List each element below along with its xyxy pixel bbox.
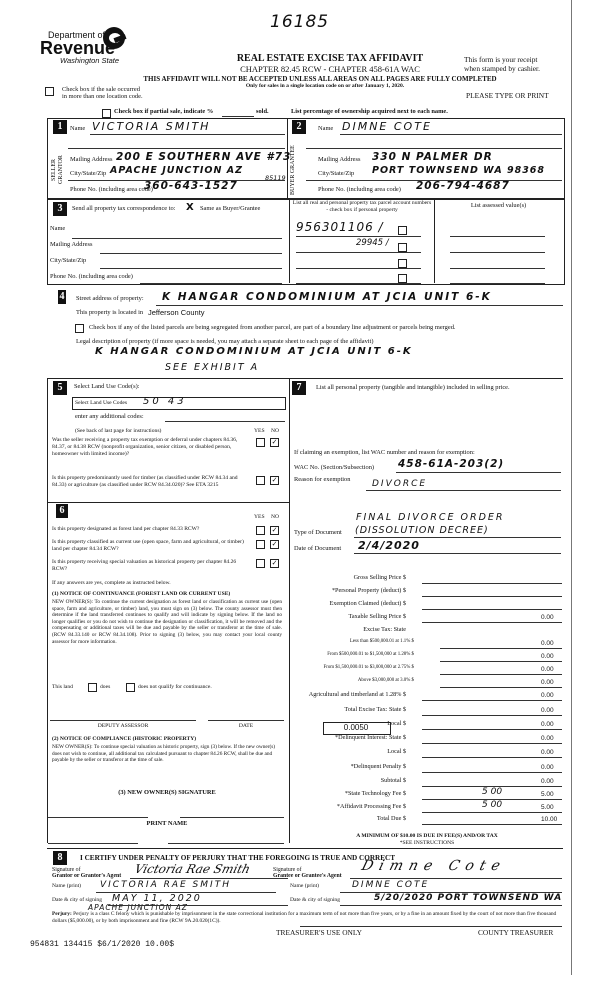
buyer-mailing-label: Mailing Address bbox=[318, 156, 360, 163]
grantee-date-line bbox=[340, 905, 562, 906]
current-use-yes-checkbox[interactable] bbox=[256, 540, 265, 549]
personal-property-checkbox[interactable] bbox=[398, 274, 407, 283]
new-owner-signature-field[interactable] bbox=[48, 817, 148, 818]
notice-compliance-title: (2) NOTICE OF COMPLIANCE (HISTORIC PROPE… bbox=[52, 736, 196, 742]
tax-amount: 0.00 bbox=[541, 640, 554, 647]
tax-row-label: Subtotal $ bbox=[292, 777, 406, 784]
assessed-value-field[interactable] bbox=[450, 252, 545, 253]
tax-amount-field[interactable] bbox=[422, 824, 562, 825]
county: Jefferson County bbox=[148, 308, 205, 317]
parcel-line[interactable] bbox=[296, 268, 421, 269]
seller-phone[interactable]: 360-643-1527 bbox=[144, 180, 238, 192]
doc-date-line bbox=[354, 553, 561, 554]
section-8-badge: 8 bbox=[53, 851, 67, 865]
form-title: REAL ESTATE EXCISE TAX AFFIDAVIT bbox=[180, 53, 480, 64]
see-instructions-note: *SEE INSTRUCTIONS bbox=[292, 840, 562, 846]
minimum-due-note: A MINIMUM OF $10.00 IS DUE IN FEE(S) AND… bbox=[292, 833, 562, 839]
corr-name-label: Name bbox=[50, 225, 65, 232]
grantee-signature-label: Signature of Grantee or Grantee's Agent bbox=[273, 867, 342, 879]
section-1-badge: 1 bbox=[53, 120, 67, 134]
assessor-date-label: DATE bbox=[208, 723, 284, 729]
land-use-codes-value[interactable]: 50 43 bbox=[143, 396, 187, 407]
tax-amount: 10.00 bbox=[541, 816, 557, 823]
tax-amount: 0.00 bbox=[541, 764, 554, 771]
segregated-checkbox[interactable] bbox=[75, 324, 84, 333]
wac-line bbox=[396, 472, 561, 473]
same-as-buyer-checkbox[interactable]: X bbox=[186, 202, 194, 213]
tax-row-label: Local $ bbox=[292, 748, 406, 755]
street-address-line bbox=[156, 305, 563, 306]
historic-no-checkbox[interactable]: ✓ bbox=[270, 559, 279, 568]
section-3-badge: 3 bbox=[53, 202, 67, 216]
tax-amount-field[interactable] bbox=[422, 622, 562, 623]
additional-codes-label: enter any additional codes: bbox=[75, 413, 144, 420]
yes-header: YES bbox=[254, 514, 265, 520]
treasurers-use-only: TREASURER'S USE ONLY bbox=[276, 928, 362, 937]
located-in-label: This property is located in bbox=[76, 309, 143, 316]
corr-phone-label: Phone No. (including area code) bbox=[50, 273, 133, 280]
section-4-badge: 4 bbox=[58, 290, 66, 304]
revenue-swirl-icon bbox=[103, 27, 125, 49]
logo-state: Washington State bbox=[60, 56, 119, 65]
parcel-line bbox=[296, 252, 421, 253]
tax-amount-field[interactable] bbox=[422, 583, 562, 584]
tax-amount-field[interactable] bbox=[422, 609, 562, 610]
legal-description-line2[interactable]: SEE EXHIBIT A bbox=[165, 362, 259, 373]
segregated-label: Check box if any of the listed parcels a… bbox=[89, 324, 456, 331]
parcel-line[interactable] bbox=[296, 283, 421, 284]
seller-name[interactable]: VICTORIA SMITH bbox=[92, 120, 210, 133]
tax-row-label: *State Technology Fee $ bbox=[292, 790, 406, 797]
personal-property-checkbox[interactable] bbox=[398, 259, 407, 268]
tax-amount: 0.00 bbox=[541, 735, 554, 742]
wac-label: WAC No. (Section/Subsection) bbox=[294, 464, 374, 471]
parcel-header: List all real and personal property tax … bbox=[292, 200, 432, 214]
grantee-date-city-label: Date & city of signing bbox=[290, 897, 340, 903]
buyer-name-line2 bbox=[306, 148, 562, 149]
handwritten-fee: 5 00 bbox=[482, 800, 502, 810]
timber-question: Is this property predominantly used for … bbox=[52, 475, 252, 488]
grantee-date-city[interactable]: 5/20/2020 PORT TOWNSEND WA bbox=[374, 893, 562, 903]
section-6-badge: 6 bbox=[56, 504, 68, 518]
exemption-question: Was the seller receiving a property tax … bbox=[52, 437, 247, 458]
forest-no-checkbox[interactable]: ✓ bbox=[270, 526, 279, 535]
land-use-label: Select Land Use Code(s): bbox=[74, 383, 140, 390]
print-name-field[interactable] bbox=[48, 843, 138, 844]
parcel-number[interactable]: 956301106 / bbox=[296, 220, 384, 234]
assessed-header: List assessed value(s) bbox=[436, 202, 561, 209]
partial-sale-label: Check box if partial sale, indicate % bbox=[114, 108, 213, 115]
land-use-codes-label: Select Land Use Codes bbox=[75, 400, 127, 406]
assessor-date-field[interactable] bbox=[208, 720, 284, 721]
grantor-signature-line bbox=[130, 878, 288, 879]
assessed-value-field[interactable] bbox=[450, 268, 545, 269]
timber-yes-checkbox[interactable] bbox=[256, 476, 265, 485]
receipt-stamp: 954831 134415 $6/1/2020 10.00$ bbox=[30, 940, 174, 949]
tax-amount-field[interactable] bbox=[422, 729, 562, 730]
local-rate: 0.0050 bbox=[323, 723, 389, 732]
no-header: NO bbox=[271, 428, 279, 434]
tax-amount: 5.00 bbox=[541, 804, 554, 811]
tax-row-label: From $500,000.01 to $1,500,000 at 1.28% … bbox=[292, 652, 414, 657]
tax-row-label: Less than $500,000.01 at 1.1% $ bbox=[292, 639, 414, 644]
buyer-name[interactable]: DIMNE COTE bbox=[342, 120, 432, 133]
yes-header: YES bbox=[254, 428, 265, 434]
document-date-label: Date of Document bbox=[294, 545, 341, 552]
seller-name-label: Name bbox=[70, 125, 85, 132]
tax-row-label: Taxable Selling Price $ bbox=[292, 613, 406, 620]
tax-row-label: *Affidavit Processing Fee $ bbox=[292, 803, 406, 810]
section-5-top-rule bbox=[47, 378, 563, 379]
perjury-certification: I CERTIFY UNDER PENALTY OF PERJURY THAT … bbox=[80, 854, 395, 862]
street-address[interactable]: K HANGAR CONDOMINIUM AT JCIA UNIT 6-K bbox=[162, 291, 492, 303]
tax-row-label: *Delinquent Interest: State $ bbox=[292, 734, 406, 741]
historic-yes-checkbox[interactable] bbox=[256, 559, 265, 568]
buyer-name-line bbox=[340, 134, 562, 135]
tax-amount: 0.00 bbox=[541, 692, 554, 699]
print-name-field2[interactable] bbox=[168, 843, 284, 844]
seller-mailing-label: Mailing Address bbox=[70, 156, 112, 163]
no-header: NO bbox=[271, 514, 279, 520]
tax-amount: 5.00 bbox=[541, 791, 554, 798]
tax-amount: 0.00 bbox=[541, 778, 554, 785]
seller-city[interactable]: APACHE JUNCTION AZ bbox=[110, 165, 243, 176]
legal-description-label: Legal description of property (if more s… bbox=[76, 338, 373, 345]
exemption-claim-label: If claiming an exemption, list WAC numbe… bbox=[294, 449, 475, 456]
parcel-line bbox=[296, 236, 421, 237]
tax-amount-field[interactable] bbox=[440, 648, 562, 649]
assessed-value-field[interactable] bbox=[450, 236, 545, 237]
land-use-instructions: (See back of last page for instructions) bbox=[75, 428, 161, 434]
ownership-note: List percentage of ownership acquired ne… bbox=[291, 108, 448, 115]
forest-land-question: Is this property designated as forest la… bbox=[52, 526, 199, 532]
seller-name-line2 bbox=[68, 148, 285, 149]
buyer-city[interactable]: PORT TOWNSEND WA 98368 bbox=[372, 165, 545, 176]
grantor-name-label: Name (print) bbox=[52, 883, 81, 889]
new-owner-signature-field2[interactable] bbox=[180, 817, 284, 818]
exemption-yes-checkbox[interactable] bbox=[256, 438, 265, 447]
form-subtitle: CHAPTER 82.45 RCW - CHAPTER 458-61A WAC bbox=[180, 64, 480, 74]
tax-amount-field[interactable] bbox=[422, 757, 562, 758]
notice-compliance-body: NEW OWNER(S): To continue special valuat… bbox=[52, 744, 282, 764]
personal-property-checkbox[interactable] bbox=[398, 226, 407, 235]
tax-amount: 0.00 bbox=[541, 679, 554, 686]
document-type-line2[interactable]: (DISSOLUTION DECREE) bbox=[355, 525, 489, 536]
perjury-notice: Perjury: Perjury is a class C felony whi… bbox=[52, 911, 557, 924]
land-does-not-checkbox[interactable] bbox=[126, 683, 135, 692]
notice-continuance-title: (1) NOTICE OF CONTINUANCE (FOREST LAND O… bbox=[52, 591, 230, 597]
document-type-line1[interactable]: FINAL DIVORCE ORDER bbox=[356, 512, 505, 523]
section-6-top-rule bbox=[47, 502, 289, 503]
parcel-number[interactable]: 29945 / bbox=[356, 238, 389, 248]
please-type: PLEASE TYPE OR PRINT bbox=[466, 91, 549, 100]
corr-city-field[interactable] bbox=[100, 268, 282, 269]
new-owner-signature-title: (3) NEW OWNER(S) SIGNATURE bbox=[52, 789, 282, 796]
tax-row-label: Gross Selling Price $ bbox=[292, 574, 406, 581]
personal-property-label: List all personal property (tangible and… bbox=[316, 384, 510, 391]
wac-number[interactable]: 458-61A-203(2) bbox=[398, 458, 504, 470]
deputy-assessor-label: DEPUTY ASSESSOR bbox=[50, 723, 196, 729]
document-date[interactable]: 2/4/2020 bbox=[358, 539, 420, 552]
section-8-top-rule bbox=[47, 848, 563, 849]
tax-amount-field[interactable] bbox=[440, 687, 562, 688]
grantee-signature-line bbox=[350, 878, 562, 879]
seller-city-label: City/State/Zip bbox=[70, 170, 106, 177]
tax-amount-field[interactable] bbox=[422, 715, 562, 716]
tax-row-label: Agricultural and timberland at 1.28% $ bbox=[292, 691, 406, 698]
seller-phone-label: Phone No. (including area code) bbox=[70, 186, 153, 193]
exemption-no-checkbox[interactable]: ✓ bbox=[270, 438, 279, 447]
buyer-name-label: Name bbox=[318, 125, 333, 132]
partial-sale-checkbox[interactable] bbox=[102, 109, 111, 118]
grantee-signature[interactable]: Dimne Cote bbox=[360, 858, 508, 874]
tax-amount-field[interactable] bbox=[422, 772, 562, 773]
buyer-phone[interactable]: 206-794-4687 bbox=[416, 180, 510, 192]
legal-description-line1[interactable]: K HANGAR CONDOMINIUM AT JCIA UNIT 6-K bbox=[95, 346, 413, 357]
tax-amount: 0.00 bbox=[541, 653, 554, 660]
current-use-no-checkbox[interactable]: ✓ bbox=[270, 540, 279, 549]
timber-no-checkbox[interactable]: ✓ bbox=[270, 476, 279, 485]
tax-row-label: Exemption Claimed (deduct) $ bbox=[292, 600, 406, 607]
grantee-print-name[interactable]: DIMNE COTE bbox=[352, 880, 429, 890]
assessed-value-field[interactable] bbox=[450, 283, 545, 284]
historic-question: Is this property receiving special valua… bbox=[52, 559, 247, 572]
section-7-badge: 7 bbox=[292, 381, 306, 395]
buyer-city-label: City/State/Zip bbox=[318, 170, 354, 177]
section-3-divider bbox=[289, 198, 290, 283]
grantee-name-label: Name (print) bbox=[290, 883, 319, 889]
reason-label: Reason for exemption bbox=[294, 476, 350, 483]
corr-phone-field[interactable] bbox=[140, 283, 282, 284]
treasurer-rule bbox=[300, 926, 562, 927]
form-note: Only for sales in a single location code… bbox=[200, 83, 450, 89]
corr-mailing-field[interactable] bbox=[100, 253, 282, 254]
tax-amount: 0.00 bbox=[541, 707, 554, 714]
partial-sold-label: sold. bbox=[256, 108, 269, 115]
street-address-label: Street address of property: bbox=[76, 295, 144, 302]
tax-amount: 0.00 bbox=[541, 721, 554, 728]
seller-grantor-label: SELLER GRANTOR bbox=[51, 145, 65, 195]
does-label: does bbox=[100, 684, 110, 690]
grantor-signature[interactable]: Victoria Rae Smith bbox=[133, 862, 252, 876]
deputy-assessor-signature[interactable] bbox=[50, 720, 196, 721]
tax-row-label: Total Due $ bbox=[292, 815, 406, 822]
left-border bbox=[47, 378, 48, 843]
tax-row-label: *Delinquent Penalty $ bbox=[292, 763, 406, 770]
current-use-question: Is this property classified as current u… bbox=[52, 539, 247, 552]
tax-amount: 0.00 bbox=[541, 749, 554, 756]
multi-location-label: Check box if the sale occurred in more t… bbox=[62, 86, 143, 100]
section-5-badge: 5 bbox=[53, 381, 67, 395]
send-correspondence-label: Send all property tax correspondence to: bbox=[72, 205, 175, 212]
reason-line bbox=[366, 490, 561, 491]
grantor-date-line bbox=[108, 905, 288, 906]
tax-row-label: Total Excise Tax: State $ bbox=[292, 706, 406, 713]
forest-yes-checkbox[interactable] bbox=[256, 526, 265, 535]
corr-city-label: City/State/Zip bbox=[50, 257, 86, 264]
personal-property-checkbox[interactable] bbox=[398, 243, 407, 252]
corr-mailing-label: Mailing Address bbox=[50, 241, 92, 248]
page-right-rule bbox=[571, 0, 572, 975]
county-treasurer: COUNTY TREASURER bbox=[478, 928, 553, 937]
tax-amount: 0.00 bbox=[541, 614, 554, 621]
tax-amount-field[interactable] bbox=[422, 596, 562, 597]
buyer-phone-label: Phone No. (including area code) bbox=[318, 186, 401, 193]
same-as-buyer-label: Same as Buyer/Grantee bbox=[200, 205, 260, 212]
grantor-print-name[interactable]: VICTORIA RAE SMITH bbox=[100, 880, 231, 890]
tax-amount-field[interactable] bbox=[422, 812, 562, 813]
additional-codes-field[interactable] bbox=[165, 421, 285, 422]
grantor-signature-label: Signature of Grantor or Grantor's Agent bbox=[52, 867, 121, 879]
tax-row-label: Above $3,000,000 at 3.0% $ bbox=[292, 678, 414, 683]
tax-row-label: From $1,500,000.01 to $3,000,000 at 2.75… bbox=[292, 665, 414, 670]
section-3-divider2 bbox=[434, 198, 435, 283]
notice-continuance-body: NEW OWNER(S): To continue the current de… bbox=[52, 599, 282, 645]
multi-location-checkbox[interactable] bbox=[45, 87, 54, 96]
tax-row-label: *Personal Property (deduct) $ bbox=[292, 587, 406, 594]
buyer-mailing[interactable]: 330 N PALMER DR bbox=[372, 151, 493, 163]
print-name-label: PRINT NAME bbox=[52, 820, 282, 827]
section-2-badge: 2 bbox=[292, 120, 306, 134]
does-not-label: does not qualify for continuance. bbox=[138, 684, 212, 690]
tax-amount-field[interactable] bbox=[440, 661, 562, 662]
middle-divider bbox=[289, 378, 290, 843]
doc-type-line bbox=[354, 537, 561, 538]
seller-name-line bbox=[90, 134, 285, 135]
buyer-grantee-label: BUYER GRANTEE bbox=[290, 145, 304, 195]
exemption-reason[interactable]: DIVORCE bbox=[372, 479, 427, 489]
land-does-checkbox[interactable] bbox=[88, 683, 97, 692]
tax-row-label: Excise Tax: State bbox=[292, 626, 406, 633]
form-warning: THIS AFFIDAVIT WILL NOT BE ACCEPTED UNLE… bbox=[110, 75, 530, 83]
document-type-label: Type of Document bbox=[294, 529, 342, 536]
tax-amount: 0.00 bbox=[541, 666, 554, 673]
seller-mailing[interactable]: 200 E SOUTHERN AVE #73 bbox=[116, 151, 291, 163]
if-yes-note: If any answers are yes, complete as inst… bbox=[52, 580, 171, 586]
tax-amount-field[interactable] bbox=[422, 700, 562, 701]
handwritten-fee: 5 00 bbox=[482, 787, 502, 797]
tax-amount-field[interactable] bbox=[422, 743, 562, 744]
tax-amount-field[interactable] bbox=[440, 674, 562, 675]
corr-name-field[interactable] bbox=[72, 238, 282, 239]
handwritten-number: 16185 bbox=[270, 12, 329, 32]
partial-percent-field[interactable] bbox=[222, 116, 254, 117]
this-land-label: This land bbox=[52, 684, 73, 690]
receipt-note: This form is your receipt when stamped b… bbox=[464, 55, 540, 73]
